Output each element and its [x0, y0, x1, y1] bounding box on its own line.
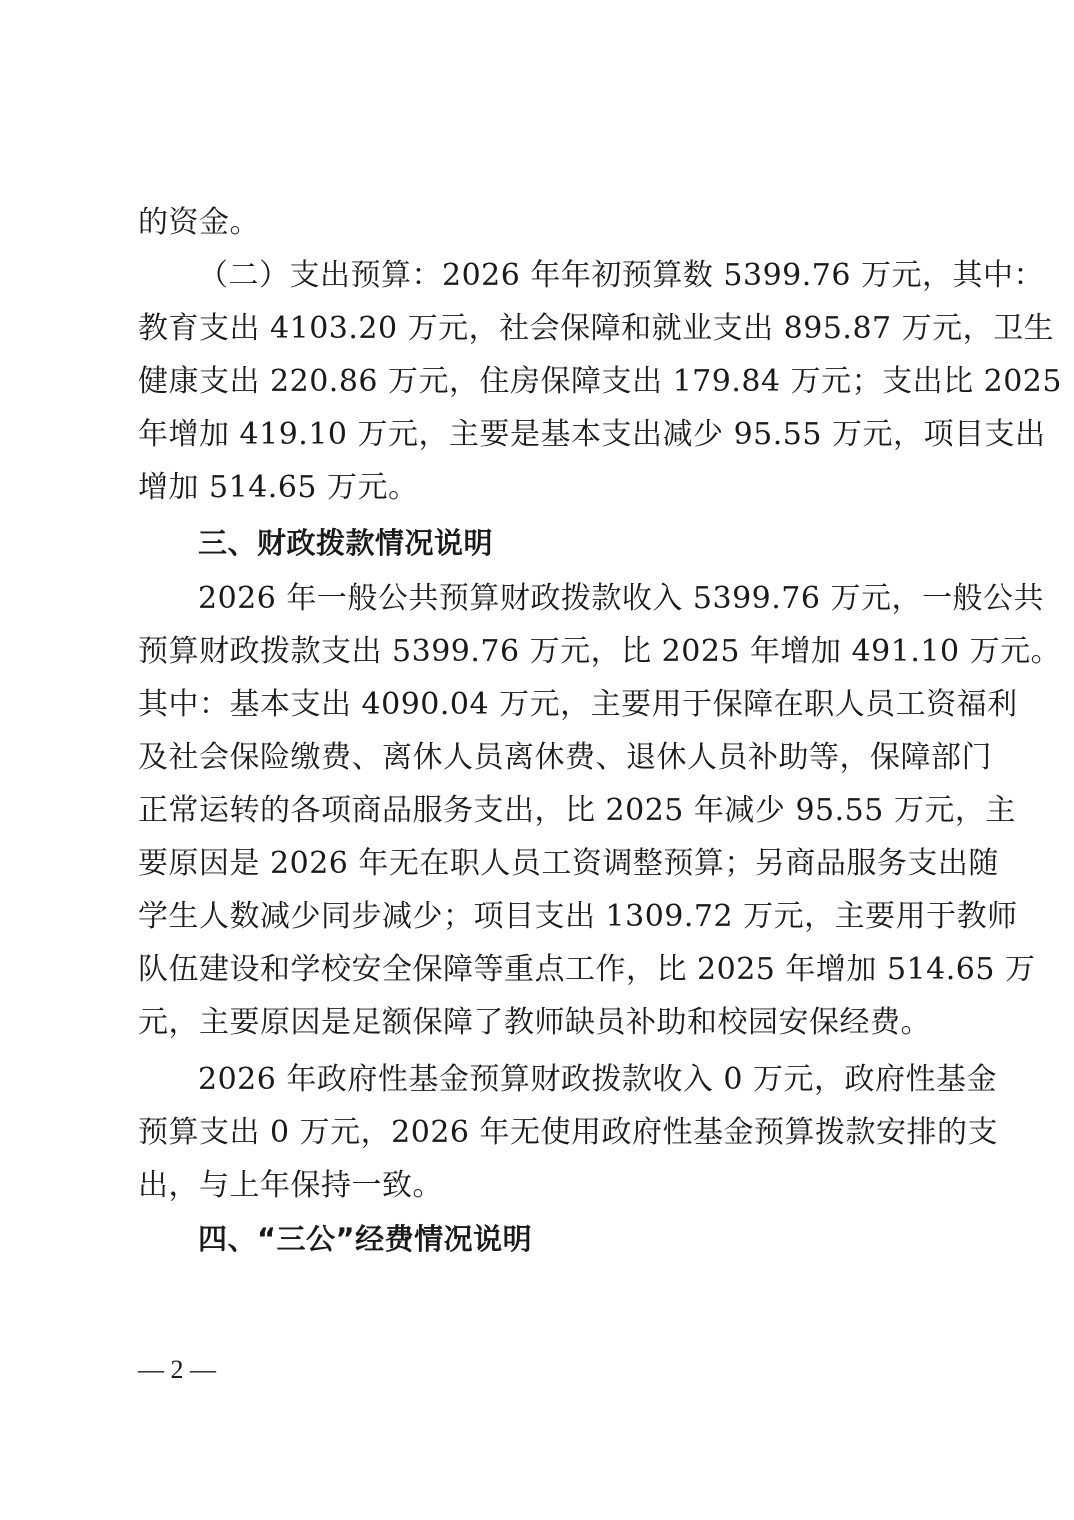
paragraph-general-budget-line-5: 正常运转的各项商品服务支出，比 2025 年减少 95.55 万元，主	[138, 784, 936, 837]
paragraph-government-fund-line-2: 预算支出 0 万元，2026 年无使用政府性基金预算拨款安排的支	[138, 1106, 936, 1159]
paragraph-expenditure-budget-line-2: 教育支出 4103.20 万元，社会保障和就业支出 895.87 万元，卫生	[138, 302, 936, 355]
paragraph-government-fund-line-1: 2026 年政府性基金预算财政拨款收入 0 万元，政府性基金	[138, 1053, 936, 1106]
section-heading-three-public-expenses: 四、“三公”经费情况说明	[138, 1213, 936, 1266]
paragraph-expenditure-budget-line-1: （二）支出预算：2026 年年初预算数 5399.76 万元，其中：	[138, 249, 936, 302]
paragraph-general-budget-line-6: 要原因是 2026 年无在职人员工资调整预算；另商品服务支出随	[138, 837, 936, 890]
page-number: — 2 —	[138, 1352, 216, 1388]
paragraph-government-fund-line-3: 出，与上年保持一致。	[138, 1159, 936, 1212]
paragraph-general-budget-line-7: 学生人数减少同步减少；项目支出 1309.72 万元，主要用于教师	[138, 890, 936, 943]
paragraph-general-budget-line-1: 2026 年一般公共预算财政拨款收入 5399.76 万元，一般公共	[138, 572, 936, 625]
paragraph-general-budget-line-2: 预算财政拨款支出 5399.76 万元，比 2025 年增加 491.10 万元…	[138, 625, 936, 678]
paragraph-general-budget-line-3: 其中：基本支出 4090.04 万元，主要用于保障在职人员工资福利	[138, 678, 936, 731]
paragraph-general-budget-line-4: 及社会保险缴费、离休人员离休费、退休人员补助等，保障部门	[138, 731, 936, 784]
paragraph-continuation: 的资金。	[138, 196, 936, 249]
paragraph-expenditure-budget-line-4: 年增加 419.10 万元，主要是基本支出减少 95.55 万元，项目支出	[138, 408, 936, 461]
paragraph-general-budget-line-9: 元，主要原因是足额保障了教师缺员补助和校园安保经费。	[138, 996, 936, 1049]
paragraph-expenditure-budget-line-3: 健康支出 220.86 万元，住房保障支出 179.84 万元；支出比 2025	[138, 355, 936, 408]
section-heading-fiscal-appropriation: 三、财政拨款情况说明	[138, 517, 936, 570]
paragraph-general-budget-line-8: 队伍建设和学校安全保障等重点工作，比 2025 年增加 514.65 万	[138, 943, 936, 996]
paragraph-expenditure-budget-line-5: 增加 514.65 万元。	[138, 461, 936, 514]
